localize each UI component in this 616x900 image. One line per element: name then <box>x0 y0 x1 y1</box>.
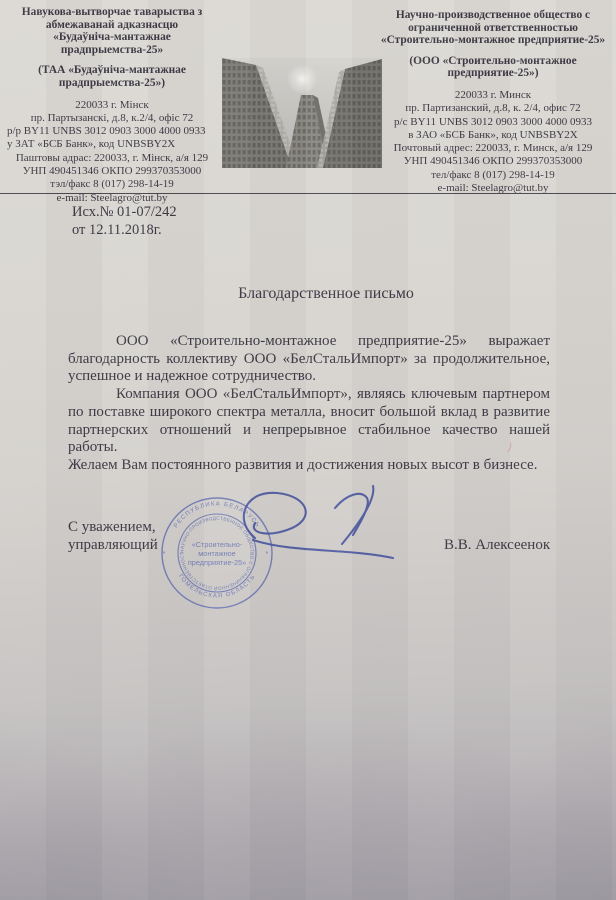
org-name-line: «Будаўніча-мантажнае прадпрыемства-25» <box>4 31 220 56</box>
org-name-left: Навукова-вытворчае таварыства з абмежава… <box>4 6 220 56</box>
org-name-line: абмежаванай адказнасцю <box>4 19 220 32</box>
address-line: у ЗАТ «БСБ Банк», код UNBSBY2X <box>4 138 220 151</box>
body-paragraph: Компания ООО «БелСтальИмпорт», являясь к… <box>68 386 550 457</box>
reference-block: Исх.№ 01-07/242 от 12.11.2018г. <box>72 204 177 239</box>
org-name-right: Научно-производственное общество с огран… <box>380 9 606 47</box>
letter-title: Благодарственное письмо <box>85 285 567 303</box>
body-paragraph: ООО «Строительно-монтажное предприятие-2… <box>68 333 550 386</box>
address-line: Паштовы адрас: 220033, г. Мінск, а/я 129 <box>4 152 220 165</box>
org-short-name-left: (ТАА «Будаўніча-мантажнае прадпрыемства-… <box>4 64 220 89</box>
signer-position: управляющий <box>68 536 158 554</box>
org-address-left: 220033 г. Мінск пр. Партызанскі, д.8, к.… <box>4 99 220 205</box>
address-line: 220033 г. Мінск <box>4 99 220 112</box>
org-name-line: ограниченной ответственностью <box>380 22 606 35</box>
org-name-line: Навукова-вытворчае таварыства з <box>4 6 220 19</box>
address-line: 220033 г. Минск <box>380 89 606 102</box>
closing-phrase: С уважением, <box>68 518 158 536</box>
org-address-right: 220033 г. Минск пр. Партизанский, д.8, к… <box>380 89 606 195</box>
address-line: тэл/факс 8 (017) 298-14-19 <box>4 178 220 191</box>
closing-block: С уважением, управляющий <box>68 518 158 554</box>
letterhead-left: Навукова-вытворчае таварыства з абмежава… <box>4 6 220 205</box>
org-short-name-right: (ООО «Строительно-монтажное предприятие-… <box>380 55 606 80</box>
reference-number: Исх.№ 01-07/242 <box>72 204 177 222</box>
skyscrapers-photo <box>222 58 382 168</box>
address-line: УНП 490451346 ОКПО 299370353000 <box>4 165 220 178</box>
reference-date: от 12.11.2018г. <box>72 222 177 240</box>
letter-body: ООО «Строительно-монтажное предприятие-2… <box>68 333 550 475</box>
address-line: Почтовый адрес: 220033, г. Минск, а/я 12… <box>380 142 606 155</box>
address-line: тел/факс 8 (017) 298-14-19 <box>380 169 606 182</box>
address-line: в ЗАО «БСБ Банк», код UNBSBY2X <box>380 129 606 142</box>
org-short-line: предприятие-25») <box>380 67 606 80</box>
pen-signature <box>225 478 400 578</box>
stamp-star-left: * <box>163 551 166 558</box>
body-paragraph: Желаем Вам постоянного развития и достиж… <box>68 457 550 475</box>
org-short-line: (ООО «Строительно-монтажное <box>380 55 606 68</box>
photo-sun <box>287 64 317 94</box>
address-line: р/с BY11 UNBS 3012 0903 3000 4000 0933 <box>380 116 606 129</box>
org-name-line: Научно-производственное общество с <box>380 9 606 22</box>
address-line: пр. Партизанский, д.8, к. 2/4, офис 72 <box>380 102 606 115</box>
address-line: пр. Партызанскі, д.8, к.2/4, офіс 72 <box>4 112 220 125</box>
signer-name: В.В. Алексеенок <box>444 537 550 554</box>
org-short-line: прадпрыемства-25») <box>4 77 220 90</box>
letterhead-divider-rule <box>0 193 616 194</box>
address-line: УНП 490451346 ОКПО 299370353000 <box>380 155 606 168</box>
address-line: р/р BY11 UNBS 3012 0903 3000 4000 0933 <box>4 125 220 138</box>
org-name-line: «Строительно-монтажное предприятие-25» <box>380 34 606 47</box>
letterhead-right: Научно-производственное общество с огран… <box>380 9 606 195</box>
scanned-letter-page: Навукова-вытворчае таварыства з абмежава… <box>0 0 616 900</box>
org-short-line: (ТАА «Будаўніча-мантажнае <box>4 64 220 77</box>
